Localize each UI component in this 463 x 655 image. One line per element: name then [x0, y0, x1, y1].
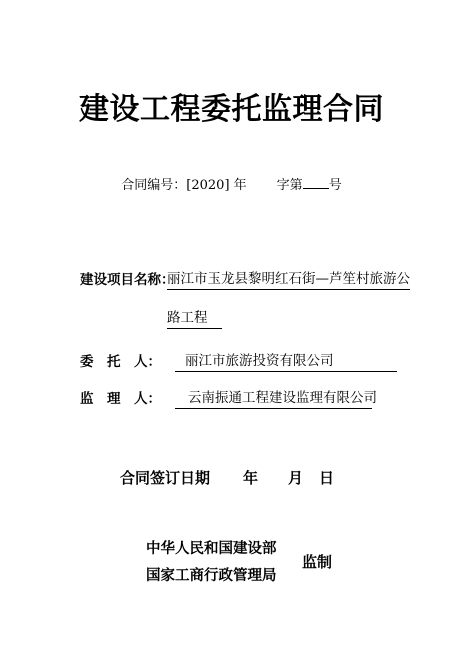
supervisor-label: 监 理 人： — [80, 387, 161, 407]
contract-number-blank — [303, 175, 329, 189]
signing-date-day: 日 — [319, 469, 334, 487]
contract-cover-page: 建设工程委托监理合同 合同编号：[2020] 年字第号 建设项目名称： 丽江市玉… — [0, 0, 463, 655]
document-title: 建设工程委托监理合同 — [0, 84, 463, 128]
client-value: 丽江市旅游投资有限公司 — [175, 349, 397, 372]
signing-date-month: 月 — [288, 469, 303, 487]
signing-date-label: 合同签订日期 — [120, 469, 210, 487]
contract-number-serial-prefix: 字第 — [277, 178, 303, 193]
issuer-line1: 中华人民和国建设部 — [146, 536, 277, 563]
issuer-block: 中华人民和国建设部 国家工商行政管理局 — [146, 536, 277, 590]
signing-date-year: 年 — [243, 469, 258, 487]
supervisor-value: 云南振通工程建设监理有限公司 — [175, 386, 372, 409]
project-name-value-line2: 路工程 — [167, 306, 222, 329]
issuer-seal-label: 监制 — [302, 551, 332, 572]
client-label: 委 托 人： — [80, 350, 161, 370]
contract-number-line: 合同编号：[2020] 年字第号 — [0, 174, 463, 193]
project-name-value-line1: 丽江市玉龙县黎明红石街—芦笙村旅游公 — [167, 267, 410, 290]
contract-number-serial-suffix: 号 — [329, 178, 342, 193]
issuer-line2: 国家工商行政管理局 — [146, 563, 277, 590]
contract-number-prefix: 合同编号：[2020] 年 — [121, 178, 246, 193]
signing-date-line: 合同签订日期年月日 — [120, 467, 334, 488]
project-name-label: 建设项目名称： — [80, 268, 175, 288]
